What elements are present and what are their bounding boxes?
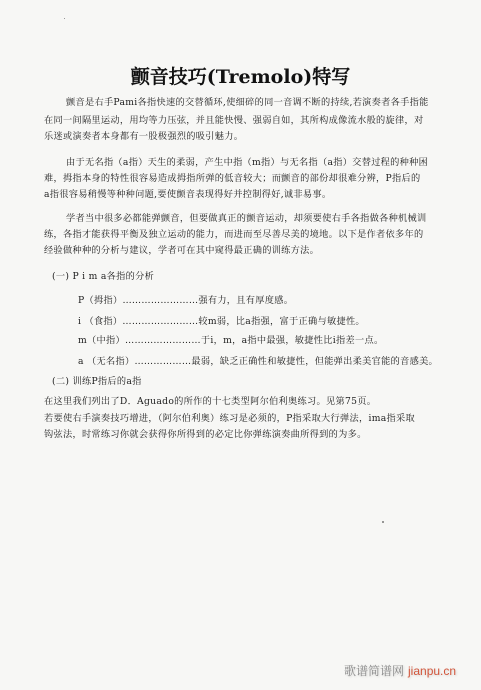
section-2-heading: (二) 训练P指后的a指 bbox=[52, 376, 142, 388]
finger-description: 最弱，缺乏正确性和敏捷性，但能弹出柔美官能的音感美。 bbox=[191, 356, 438, 367]
dot-leader: …………………… bbox=[122, 316, 198, 327]
section-2-line-3: 钩弦法，时常练习你就会获得你所得到的必定比你弹练演奏曲所得到的为多。 bbox=[44, 429, 367, 441]
finger-analysis-row: m（中指）……………………于i，m，a指中最强，敏捷性比i指差一点。 bbox=[78, 335, 383, 347]
dot-leader: ……………… bbox=[134, 356, 191, 367]
finger-analysis-row: a （无名指）………………最弱，缺乏正确性和敏捷性，但能弹出柔美官能的音感美。 bbox=[78, 356, 438, 368]
finger-name: a （无名指） bbox=[78, 356, 134, 367]
page-title: 颤音技巧(Tremolo)特写 bbox=[0, 62, 481, 89]
paragraph-3-line-2: 练，各指才能获得平衡及独立运动的能力，而进而至尽善尽美的境地。以下是作者依多年的 bbox=[44, 229, 424, 241]
finger-description: 于i，m，a指中最强，敏捷性比i指差一点。 bbox=[201, 335, 384, 346]
section-2-line-2: 若要使右手演奏技巧增进，（阿尔伯利奥）练习是必须的，P指采取大行弹法，ima指采… bbox=[44, 413, 415, 425]
finger-description: 强有力，且有厚度感。 bbox=[198, 295, 293, 306]
finger-name: m（中指） bbox=[78, 335, 125, 346]
watermark-cn: 歌谱简谱网 bbox=[344, 664, 404, 678]
dot-leader: …………………… bbox=[125, 335, 201, 346]
paragraph-2-line-3: a指很容易稍慢等种种问题,要使颤音表现得好并控制得好,诚非易事。 bbox=[44, 189, 331, 201]
paragraph-1-line-2: 在同一间隔里运动，用均等力压弦，并且能快慢、强弱自如，其所构成像流水般的旋律，对 bbox=[44, 115, 424, 127]
section-2-line-1: 在这里我们列出了D．Aguado的所作的十七类型阿尔伯利奥练习。见第75页。 bbox=[44, 396, 376, 408]
scan-speck bbox=[382, 521, 384, 523]
watermark-site: jianpu.cn bbox=[408, 664, 456, 678]
document-page: 颤音技巧(Tremolo)特写 颤音是右手Pami各指快速的交替循环,使细碎的同… bbox=[0, 0, 481, 690]
finger-description: 较m弱，比a指强，富于正确与敏捷性。 bbox=[198, 316, 365, 327]
paragraph-2-line-2: 难，拇指本身的特性很容易造成拇指所弹的低音较大；而颤音的部份却很难分辨，P指后的 bbox=[44, 173, 421, 185]
scan-speck bbox=[64, 18, 65, 19]
finger-name: P（拇指） bbox=[78, 295, 122, 306]
paragraph-3-line-3: 经验做种种的分析与建议，学者可在其中窥得最正确的训练方法。 bbox=[44, 245, 319, 257]
paragraph-1-line-3: 乐迷或演奏者本身都有一股极强烈的吸引魅力。 bbox=[44, 131, 243, 143]
finger-analysis-row: P（拇指）……………………强有力，且有厚度感。 bbox=[78, 295, 293, 307]
paragraph-3-line-1: 学者当中很多必都能弹颤音，但要做真正的颤音运动，却须要使右手各指做各种机械训 bbox=[66, 213, 427, 225]
dot-leader: …………………… bbox=[122, 295, 198, 306]
finger-name: i （食指） bbox=[78, 316, 122, 327]
section-1-heading: (一) P i m a各指的分析 bbox=[52, 271, 154, 283]
paragraph-2-line-1: 由于无名指（a指）天生的柔弱，产生中指（m指）与无名指（a指）交替过程的种种困 bbox=[66, 157, 428, 169]
finger-analysis-row: i （食指）……………………较m弱，比a指强，富于正确与敏捷性。 bbox=[78, 316, 365, 328]
watermark: 歌谱简谱网jianpu.cn bbox=[344, 662, 456, 679]
paragraph-1-line-1: 颤音是右手Pami各指快速的交替循环,使细碎的同一音调不断的持续,若演奏者各手指… bbox=[66, 97, 429, 109]
